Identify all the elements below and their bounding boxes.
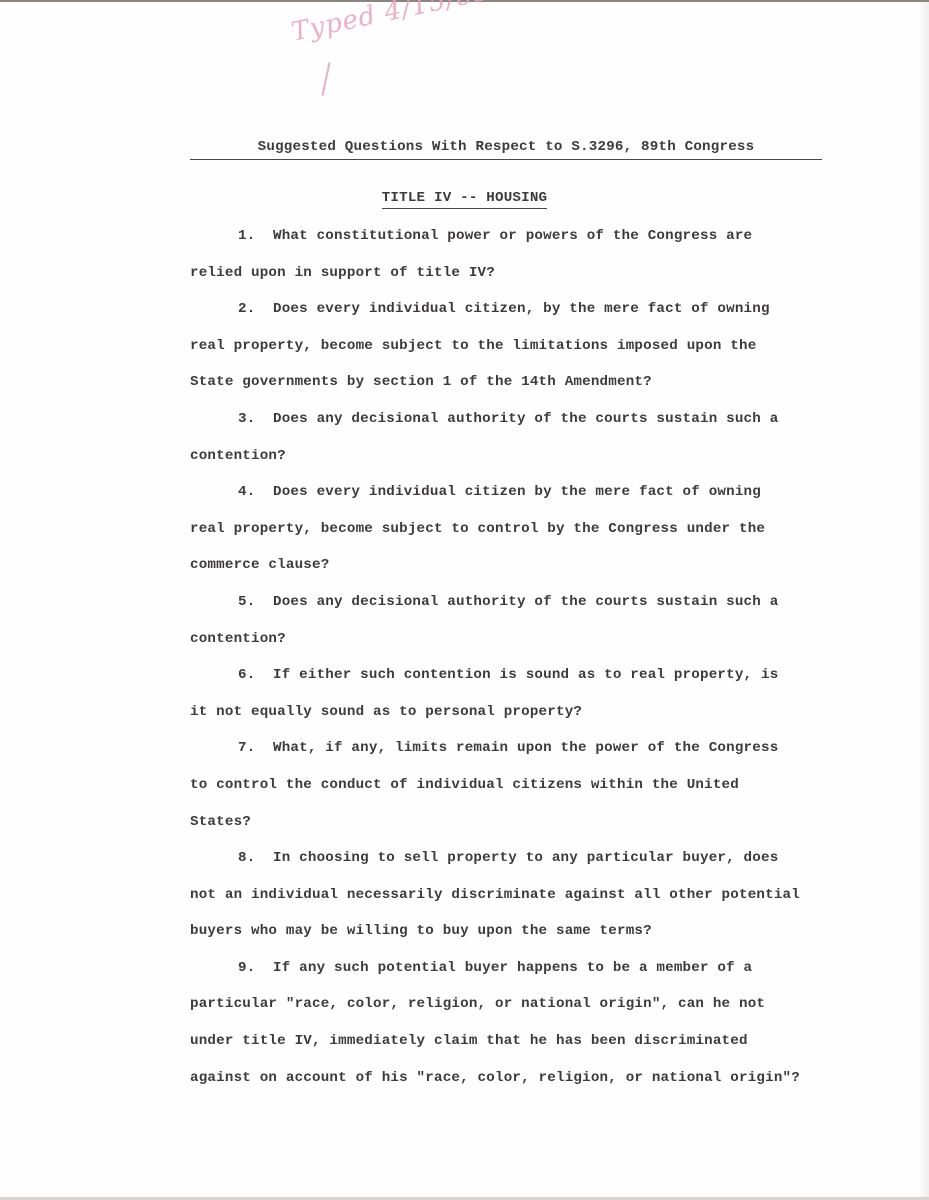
question-text: What, if any, limits remain upon the pow… bbox=[273, 740, 778, 756]
question-5-line-1: 5.Does any decisional authority of the c… bbox=[190, 592, 840, 629]
question-9-line-1: 9.If any such potential buyer happens to… bbox=[190, 958, 840, 995]
question-text: Does every individual citizen by the mer… bbox=[273, 484, 761, 500]
question-3-line-2: contention? bbox=[190, 446, 840, 483]
question-7-line-3: States? bbox=[190, 812, 840, 849]
question-text: Does any decisional authority of the cou… bbox=[273, 594, 778, 610]
question-1-line-1: 1.What constitutional power or powers of… bbox=[190, 226, 840, 263]
question-9-line-4: against on account of his "race, color, … bbox=[190, 1068, 840, 1105]
question-number: 8. bbox=[238, 848, 273, 868]
question-8-line-2: not an individual necessarily discrimina… bbox=[190, 885, 840, 922]
question-4-line-3: commerce clause? bbox=[190, 555, 840, 592]
question-5-line-2: contention? bbox=[190, 629, 840, 666]
page-edge-shadow bbox=[919, 2, 929, 1200]
document-page: Typed 4/15/65 Suggested Questions With R… bbox=[0, 0, 929, 1200]
question-number: 9. bbox=[238, 958, 273, 978]
question-text: In choosing to sell property to any part… bbox=[273, 850, 778, 866]
question-number: 4. bbox=[238, 482, 273, 502]
question-text: If any such potential buyer happens to b… bbox=[273, 960, 752, 976]
document-heading: Suggested Questions With Respect to S.32… bbox=[190, 139, 822, 160]
question-1-line-2: relied upon in support of title IV? bbox=[190, 263, 840, 300]
question-number: 6. bbox=[238, 665, 273, 685]
question-6-line-2: it not equally sound as to personal prop… bbox=[190, 702, 840, 739]
question-8-line-3: buyers who may be willing to buy upon th… bbox=[190, 921, 840, 958]
question-number: 2. bbox=[238, 299, 273, 319]
question-text: If either such contention is sound as to… bbox=[273, 667, 778, 683]
question-number: 1. bbox=[238, 226, 273, 246]
handwritten-mark bbox=[321, 62, 330, 96]
question-number: 3. bbox=[238, 409, 273, 429]
question-text: Does every individual citizen, by the me… bbox=[273, 301, 770, 317]
section-title-text: TITLE IV -- HOUSING bbox=[382, 190, 548, 209]
question-text: What constitutional power or powers of t… bbox=[273, 228, 752, 244]
question-4-line-1: 4.Does every individual citizen by the m… bbox=[190, 482, 840, 519]
question-9-line-3: under title IV, immediately claim that h… bbox=[190, 1031, 840, 1068]
question-3-line-1: 3.Does any decisional authority of the c… bbox=[190, 409, 840, 446]
section-title: TITLE IV -- HOUSING bbox=[0, 190, 929, 206]
question-9-line-2: particular "race, color, religion, or na… bbox=[190, 994, 840, 1031]
handwritten-annotation: Typed 4/15/65 bbox=[289, 0, 493, 48]
question-6-line-1: 6.If either such contention is sound as … bbox=[190, 665, 840, 702]
question-4-line-2: real property, become subject to control… bbox=[190, 519, 840, 556]
question-number: 5. bbox=[238, 592, 273, 612]
question-8-line-1: 8.In choosing to sell property to any pa… bbox=[190, 848, 840, 885]
question-text: Does any decisional authority of the cou… bbox=[273, 411, 778, 427]
question-2-line-1: 2.Does every individual citizen, by the … bbox=[190, 299, 840, 336]
question-2-line-3: State governments by section 1 of the 14… bbox=[190, 372, 840, 409]
question-7-line-1: 7.What, if any, limits remain upon the p… bbox=[190, 738, 840, 775]
question-7-line-2: to control the conduct of individual cit… bbox=[190, 775, 840, 812]
question-2-line-2: real property, become subject to the lim… bbox=[190, 336, 840, 373]
question-list: 1.What constitutional power or powers of… bbox=[190, 226, 840, 1104]
question-number: 7. bbox=[238, 738, 273, 758]
